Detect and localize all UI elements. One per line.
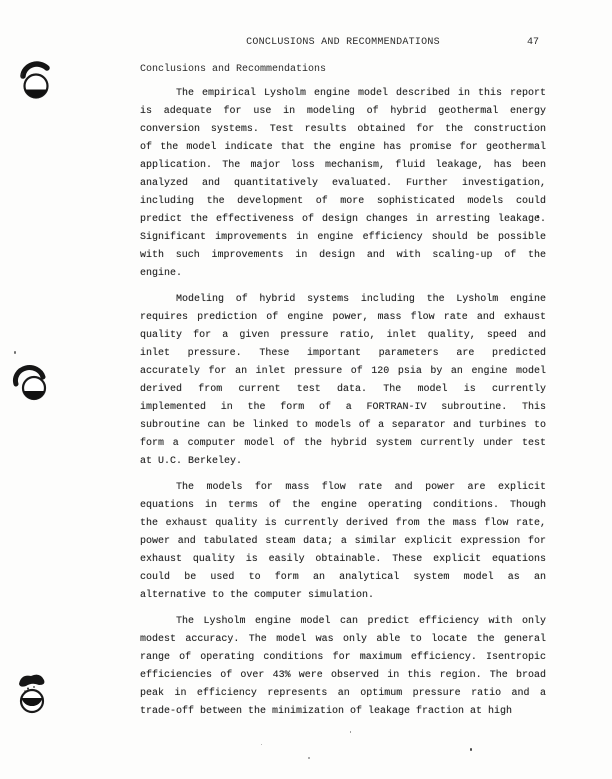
text-line: range of operating conditions for maximu… — [140, 649, 546, 667]
text-line: of the model indicate that the engine ha… — [140, 139, 546, 157]
text-line: The Lysholm engine model can predict eff… — [140, 613, 546, 631]
text-line: Modeling of hybrid systems including the… — [140, 291, 546, 309]
text-line: engine. — [140, 265, 546, 283]
paragraph: Modeling of hybrid systems including the… — [140, 291, 546, 471]
text-line: with such improvements in design and wit… — [140, 247, 546, 265]
text-line: exhaust quality is easily obtainable. Th… — [140, 551, 546, 569]
text-line: quality for a given pressure ratio, inle… — [140, 327, 546, 345]
text-line: subroutine can be linked to models of a … — [140, 417, 546, 435]
text-line: modest accuracy. The model was only able… — [140, 631, 546, 649]
text-line: is adequate for use in modeling of hybri… — [140, 103, 546, 121]
text-line: Significant improvements in engine effic… — [140, 229, 546, 247]
scanned-document-page: CONCLUSIONS AND RECOMMENDATIONS 47 Concl… — [0, 0, 612, 779]
hole-punch-mark-bottom — [12, 672, 50, 718]
text-line: including the development of more sophis… — [140, 193, 546, 211]
text-line: alternative to the computer simulation. — [140, 587, 546, 605]
running-header-title: CONCLUSIONS AND RECOMMENDATIONS — [246, 37, 440, 48]
text-line: the exhaust quality is currently derived… — [140, 515, 546, 533]
page-number: 47 — [527, 37, 539, 49]
text-line: predict the effectiveness of design chan… — [140, 211, 546, 229]
hole-punch-mark-middle — [12, 360, 50, 404]
text-column: CONCLUSIONS AND RECOMMENDATIONS 47 Concl… — [140, 0, 546, 779]
paragraph: The models for mass flow rate and power … — [140, 479, 546, 605]
text-line: conversion systems. Test results obtaine… — [140, 121, 546, 139]
text-line: analyzed and quantitatively evaluated. F… — [140, 175, 546, 193]
text-line: The empirical Lysholm engine model descr… — [140, 85, 546, 103]
text-line: inlet pressure. These important paramete… — [140, 345, 546, 363]
text-line: peak in efficiency represents an optimum… — [140, 685, 546, 703]
paragraph: The empirical Lysholm engine model descr… — [140, 85, 546, 283]
text-line: at U.C. Berkeley. — [140, 453, 546, 471]
paragraph: The Lysholm engine model can predict eff… — [140, 613, 546, 721]
text-line: efficiencies of over 43% were observed i… — [140, 667, 546, 685]
text-line: power and tabulated steam data; a simila… — [140, 533, 546, 551]
hole-punch-mark-top — [18, 61, 54, 103]
text-line: implemented in the form of a FORTRAN-IV … — [140, 399, 546, 417]
text-line: form a computer model of the hybrid syst… — [140, 435, 546, 453]
text-line: requires prediction of engine power, mas… — [140, 309, 546, 327]
running-header: CONCLUSIONS AND RECOMMENDATIONS 47 — [140, 37, 546, 49]
text-line: application. The major loss mechanism, f… — [140, 157, 546, 175]
text-line: derived from current test data. The mode… — [140, 381, 546, 399]
text-line: equations in terms of the engine operati… — [140, 497, 546, 515]
text-line: The models for mass flow rate and power … — [140, 479, 546, 497]
text-line: could be used to form an analytical syst… — [140, 569, 546, 587]
text-line: trade-off between the minimization of le… — [140, 703, 546, 721]
section-heading: Conclusions and Recommendations — [140, 63, 546, 77]
text-line: accurately for an inlet pressure of 120 … — [140, 363, 546, 381]
scan-speck — [14, 351, 16, 354]
body-text: The empirical Lysholm engine model descr… — [140, 85, 546, 729]
